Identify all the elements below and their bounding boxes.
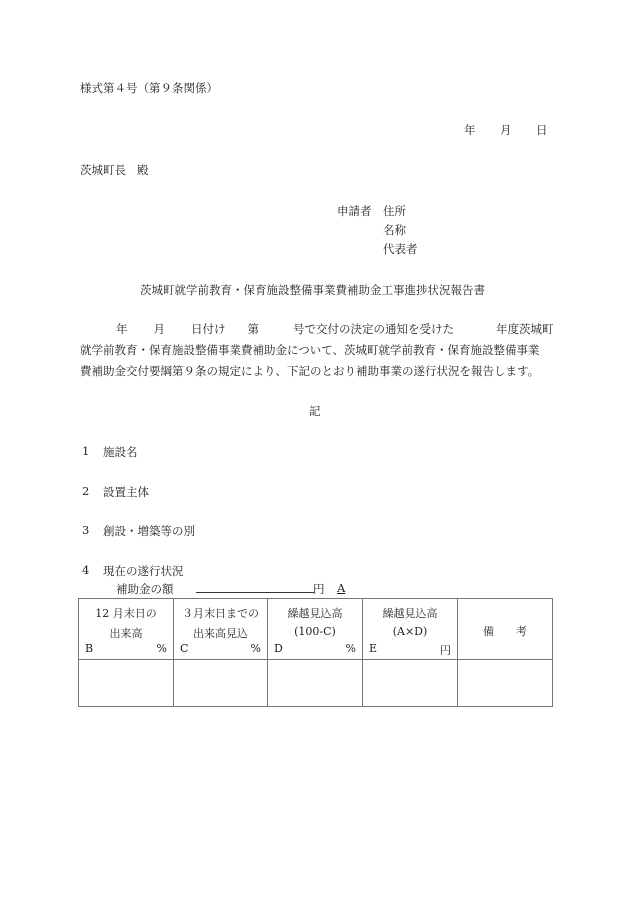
applicant-address-label: 住所 <box>383 203 406 219</box>
date-year: 年 <box>464 122 476 138</box>
cell-mar-forecast[interactable] <box>174 660 268 707</box>
item-number: 1 <box>82 444 89 458</box>
date-month: 月 <box>500 122 512 138</box>
header-line2: (A×D) <box>363 625 457 638</box>
table-row <box>79 660 553 707</box>
body-line-3: 費補助金交付要綱第９条の規定により、下記のとおり補助事業の遂行状況を報告します。 <box>80 361 555 382</box>
header-unit: % <box>251 642 261 655</box>
item-label: 現在の遂行状況 <box>103 563 184 579</box>
applicant-name-label: 名称 <box>383 222 406 238</box>
body-month: 月 <box>154 322 166 336</box>
header-unit: % <box>346 642 356 655</box>
body-paragraph: 年月日付け第号で交付の決定の通知を受けた年度茨城町 就学前教育・保育施設整備事業… <box>80 319 555 382</box>
header-cell-carryover-amount: 繰越見込高 (A×D) E 円 <box>363 599 458 660</box>
item-label: 設置主体 <box>103 484 149 500</box>
form-number: 様式第４号（第９条関係） <box>80 80 218 96</box>
header-cell-dec-progress: 12 月末日の 出来高 B % <box>79 599 174 660</box>
header-code: B <box>85 642 93 655</box>
header-code: C <box>180 642 188 655</box>
body-number-prefix: 第 <box>248 322 260 336</box>
addressee-name: 茨城町長 <box>80 162 126 178</box>
header-cell-mar-forecast: ３月末日までの 出来高見込 C % <box>174 599 268 660</box>
item-label: 施設名 <box>103 444 138 460</box>
applicant-label: 申請者 <box>337 203 372 219</box>
header-line1: 備 考 <box>458 623 552 639</box>
applicant-representative-label: 代表者 <box>383 241 418 257</box>
item-number: 2 <box>82 484 89 498</box>
ki-heading: 記 <box>309 403 321 419</box>
body-line-1: 年月日付け第号で交付の決定の通知を受けた年度茨城町 <box>80 319 555 340</box>
cell-dec-progress[interactable] <box>79 660 174 707</box>
subsidy-mark: A <box>337 581 345 595</box>
header-line1: 12 月末日の <box>79 605 173 621</box>
progress-table: 12 月末日の 出来高 B % ３月末日までの 出来高見込 C % 繰越見込高 … <box>78 598 553 707</box>
item-number: 4 <box>82 563 89 577</box>
header-line2: 出来高 <box>79 625 173 641</box>
body-line-2: 就学前教育・保育施設整備事業費補助金について、茨城町就学前教育・保育施設整備事業 <box>80 340 555 361</box>
header-unit: 円 <box>440 642 451 658</box>
header-code: E <box>369 642 377 655</box>
cell-carryover-pct[interactable] <box>268 660 363 707</box>
body-date-suffix: 日付け <box>191 322 226 336</box>
header-line1: ３月末日までの <box>174 605 267 621</box>
header-line1: 繰越見込高 <box>363 605 457 621</box>
item-label: 創設・増築等の別 <box>103 523 195 539</box>
body-year: 年 <box>116 322 128 336</box>
cell-carryover-amount[interactable] <box>363 660 458 707</box>
header-cell-remarks: 備 考 <box>458 599 553 660</box>
item-number: 3 <box>82 523 89 537</box>
subsidy-amount-field[interactable] <box>196 592 314 593</box>
header-line2: 出来高見込 <box>174 625 267 641</box>
header-cell-carryover-pct: 繰越見込高 (100-C) D % <box>268 599 363 660</box>
document-title: 茨城町就学前教育・保育施設整備事業費補助金工事進捗状況報告書 <box>140 282 485 298</box>
body-notice-text: 号で交付の決定の通知を受けた <box>293 322 454 336</box>
header-line2: (100-C) <box>268 625 362 638</box>
header-code: D <box>274 642 283 655</box>
table-header-row: 12 月末日の 出来高 B % ３月末日までの 出来高見込 C % 繰越見込高 … <box>79 599 553 660</box>
date-day: 日 <box>536 122 548 138</box>
subsidy-label: 補助金の額 <box>116 581 174 597</box>
cell-remarks[interactable] <box>458 660 553 707</box>
addressee-honorific: 殿 <box>137 162 149 178</box>
body-fiscal-year-text: 年度茨城町 <box>496 322 554 336</box>
header-unit: % <box>157 642 167 655</box>
subsidy-unit: 円 <box>313 581 325 597</box>
header-line1: 繰越見込高 <box>268 605 362 621</box>
